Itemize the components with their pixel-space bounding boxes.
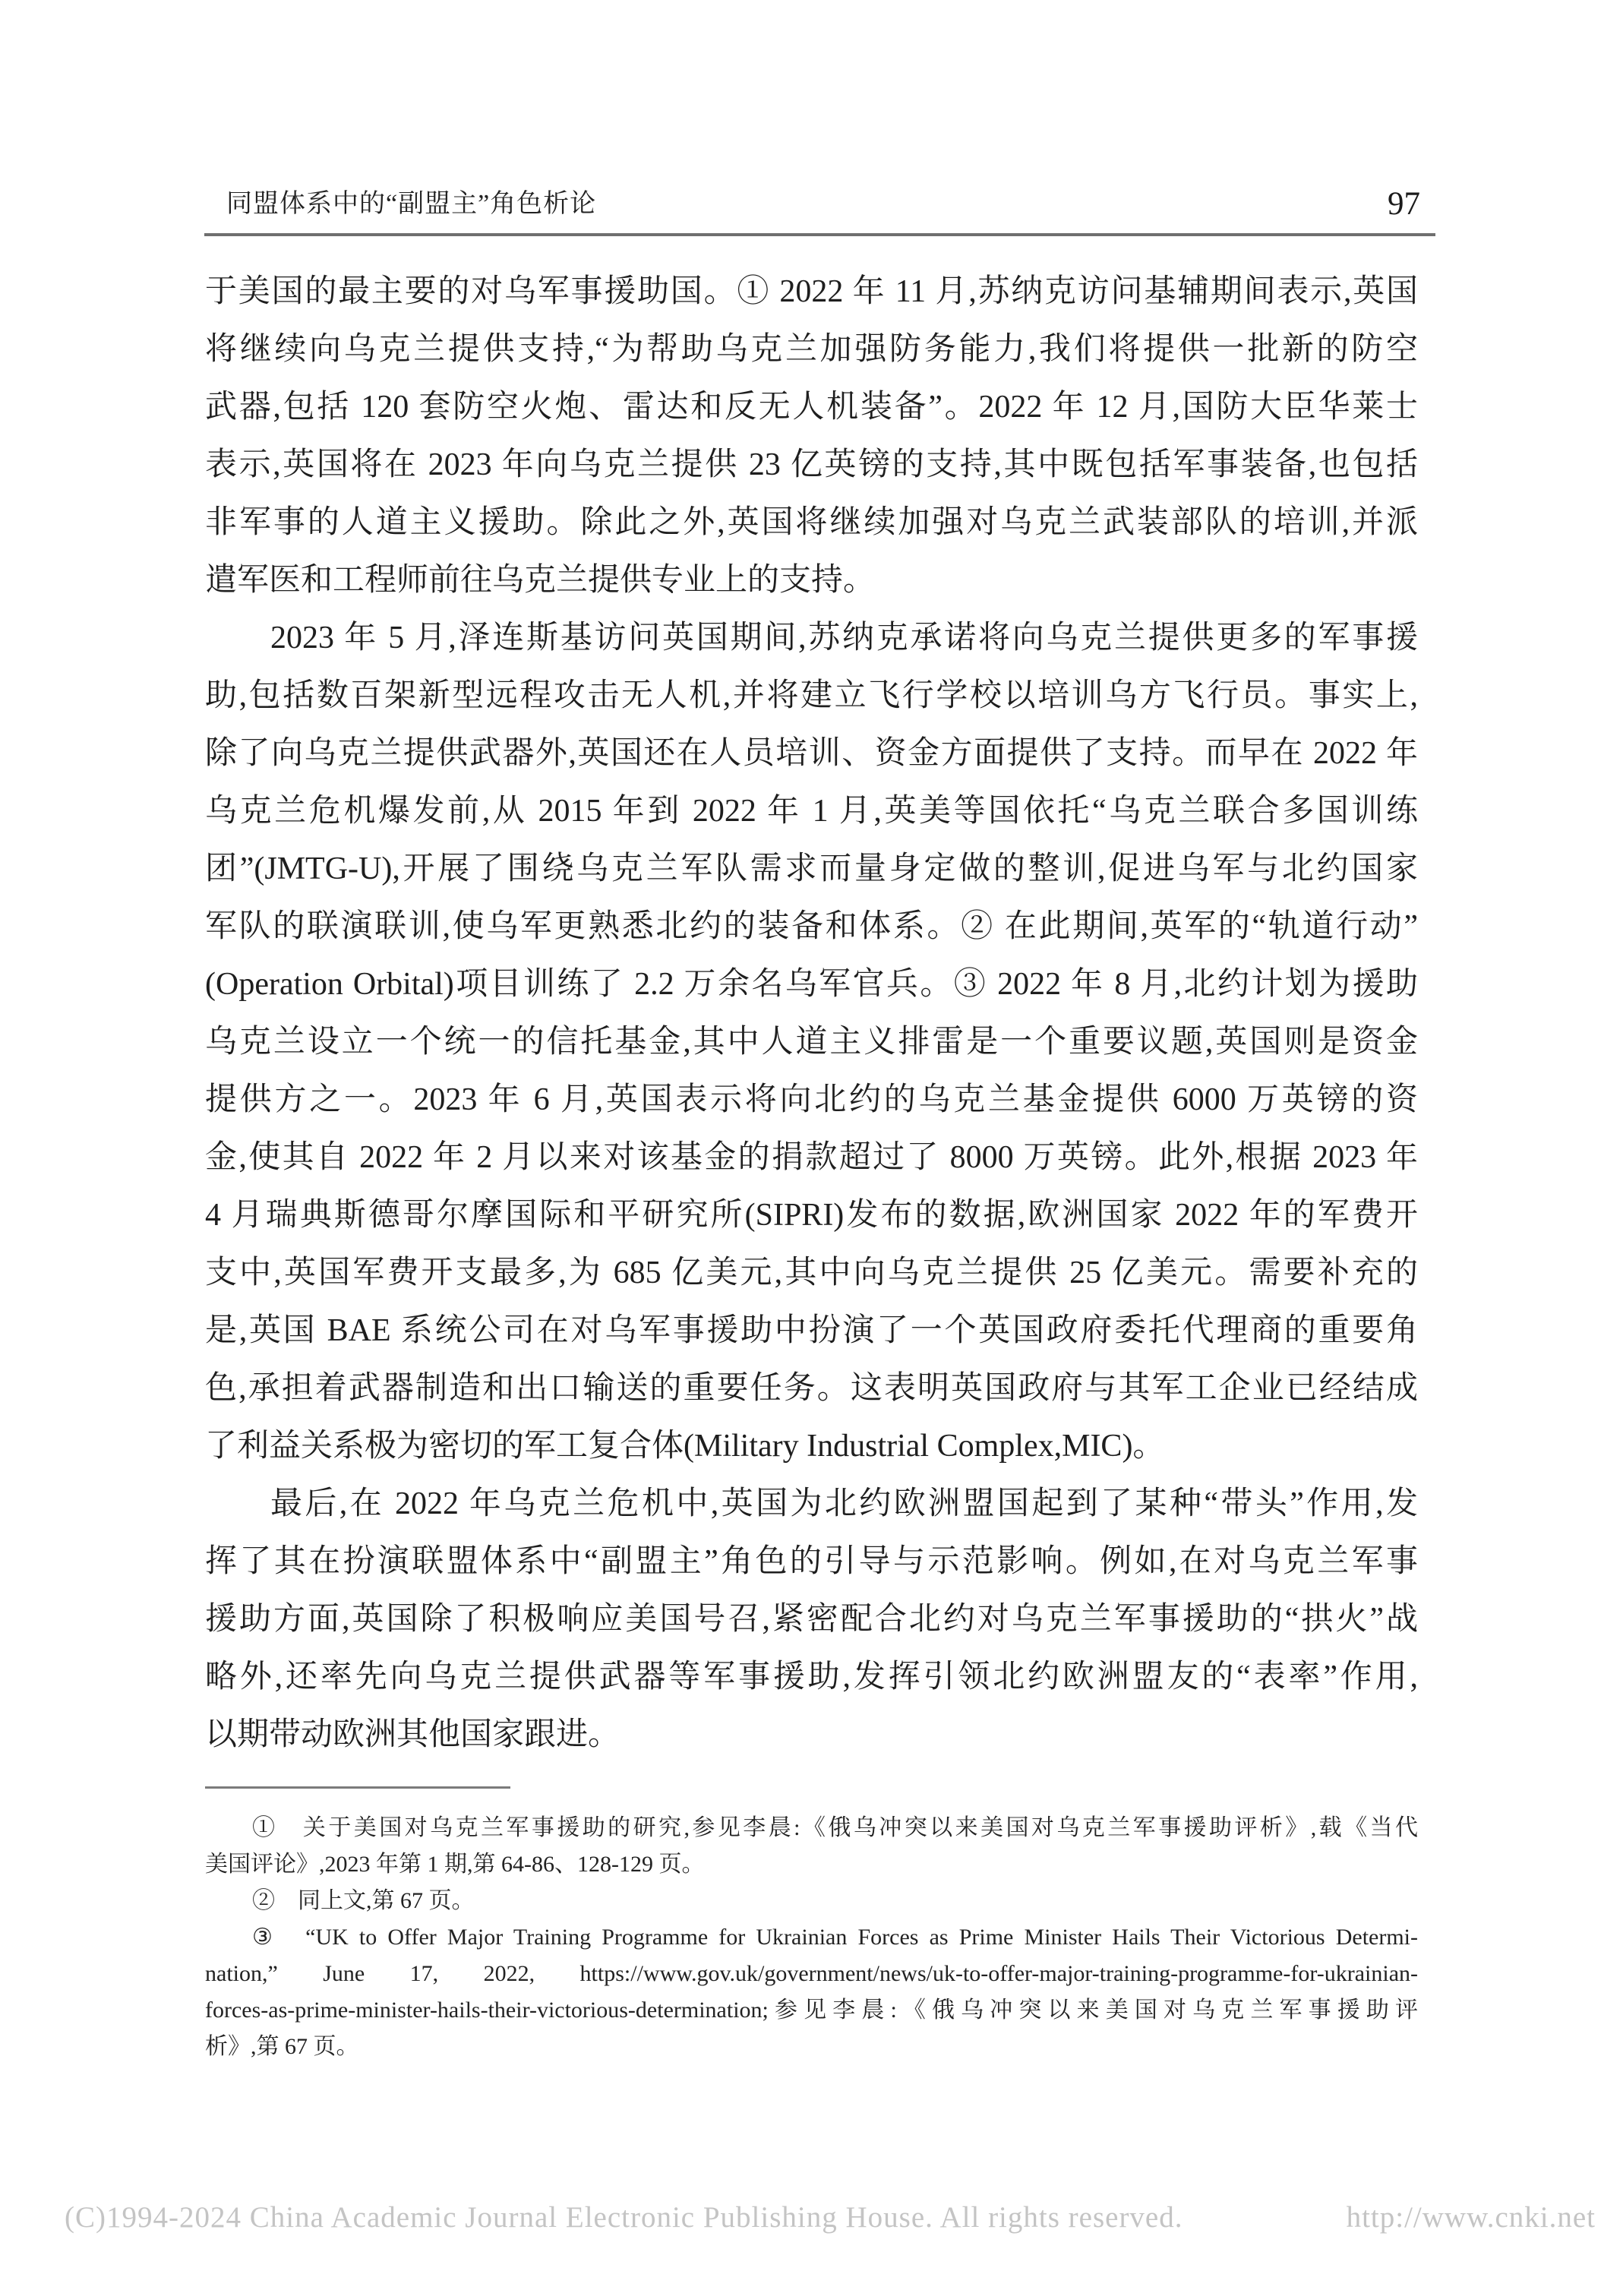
article-body: 于美国的最主要的对乌军事援助国。① 2022 年 11 月,苏纳克访问基辅期间表… — [205, 263, 1418, 1764]
page-number: 97 — [1388, 187, 1420, 222]
footnote-line: ① 关于美国对乌克兰军事援助的研究,参见李晨:《俄乌冲突以来美国对乌克兰军事援助… — [205, 1810, 1418, 1846]
running-title: 同盟体系中的“副盟主”角色析论 — [226, 187, 596, 222]
body-line: 金,使其自 2022 年 2 月以来对该基金的捐款超过了 8000 万英镑。此外… — [205, 1129, 1418, 1186]
page-footer: (C)1994-2024 China Academic Journal Elec… — [65, 2200, 1596, 2236]
body-line: 援助方面,英国除了积极响应美国号召,紧密配合北约对乌克兰军事援助的“拱火”战 — [205, 1590, 1418, 1648]
body-line: 色,承担着武器制造和出口输送的重要任务。这表明英国政府与其军工企业已经结成 — [205, 1360, 1418, 1417]
body-line: (Operation Orbital)项目训练了 2.2 万余名乌军官兵。③ 2… — [205, 955, 1418, 1013]
body-line: 了利益关系极为密切的军工复合体(Military Industrial Comp… — [205, 1417, 1418, 1475]
journal-page: 同盟体系中的“副盟主”角色析论 97 于美国的最主要的对乌军事援助国。① 202… — [0, 0, 1623, 2296]
paragraph-1: 于美国的最主要的对乌军事援助国。① 2022 年 11 月,苏纳克访问基辅期间表… — [205, 263, 1418, 609]
body-line: 于美国的最主要的对乌军事援助国。① 2022 年 11 月,苏纳克访问基辅期间表… — [205, 263, 1418, 321]
body-line: 除了向乌克兰提供武器外,英国还在人员培训、资金方面提供了支持。而早在 2022 … — [205, 725, 1418, 782]
paragraph-2: 2023 年 5 月,泽连斯基访问英国期间,苏纳克承诺将向乌克兰提供更多的军事援… — [205, 609, 1418, 1475]
body-line: 是,英国 BAE 系统公司在对乌军事援助中扮演了一个英国政府委托代理商的重要角 — [205, 1302, 1418, 1360]
body-line: 4 月瑞典斯德哥尔摩国际和平研究所(SIPRI)发布的数据,欧洲国家 2022 … — [205, 1186, 1418, 1244]
footer-url: http://www.cnki.net — [1347, 2200, 1596, 2236]
page-header: 同盟体系中的“副盟主”角色析论 97 — [205, 187, 1420, 222]
body-line: 军队的联演联训,使乌军更熟悉北约的装备和体系。② 在此期间,英军的“轨道行动” — [205, 898, 1418, 955]
body-line: 非军事的人道主义援助。除此之外,英国将继续加强对乌克兰武装部队的培训,并派 — [205, 494, 1418, 551]
body-line: 挥了其在扮演联盟体系中“副盟主”角色的引导与示范影响。例如,在对乌克兰军事 — [205, 1533, 1418, 1590]
body-line: 乌克兰设立一个统一的信托基金,其中人道主义排雷是一个重要议题,英国则是资金 — [205, 1013, 1418, 1071]
body-line: 表示,英国将在 2023 年向乌克兰提供 23 亿英镑的支持,其中既包括军事装备… — [205, 436, 1418, 494]
footnote-separator — [205, 1786, 510, 1789]
body-line: 将继续向乌克兰提供支持,“为帮助乌克兰加强防务能力,我们将提供一批新的防空 — [205, 321, 1418, 378]
body-line: 乌克兰危机爆发前,从 2015 年到 2022 年 1 月,英美等国依托“乌克兰… — [205, 782, 1418, 840]
body-line: 团”(JMTG-U),开展了围绕乌克兰军队需求而量身定做的整训,促进乌军与北约国… — [205, 840, 1418, 898]
body-line: 支中,英国军费开支最多,为 685 亿美元,其中向乌克兰提供 25 亿美元。需要… — [205, 1244, 1418, 1302]
body-line: 武器,包括 120 套防空火炮、雷达和反无人机装备”。2022 年 12 月,国… — [205, 378, 1418, 436]
footnote-line: ② 同上文,第 67 页。 — [205, 1883, 1418, 1919]
body-line: 提供方之一。2023 年 6 月,英国表示将向北约的乌克兰基金提供 6000 万… — [205, 1071, 1418, 1129]
body-line: 最后,在 2022 年乌克兰危机中,英国为北约欧洲盟国起到了某种“带头”作用,发 — [205, 1475, 1418, 1533]
footnote-line: ③ “UK to Offer Major Training Programme … — [205, 1919, 1418, 1956]
footnote-line: nation,” June 17, 2022, https://www.gov.… — [205, 1956, 1418, 1992]
body-line: 略外,还率先向乌克兰提供武器等军事援助,发挥引领北约欧洲盟友的“表率”作用, — [205, 1648, 1418, 1706]
footnote-line: forces-as-prime-minister-hails-their-vic… — [205, 1992, 1418, 2029]
body-line: 助,包括数百架新型远程攻击无人机,并将建立飞行学校以培训乌方飞行员。事实上, — [205, 667, 1418, 725]
body-line: 以期带动欧洲其他国家跟进。 — [205, 1706, 1418, 1764]
header-rule — [204, 233, 1435, 236]
body-line: 2023 年 5 月,泽连斯基访问英国期间,苏纳克承诺将向乌克兰提供更多的军事援 — [205, 609, 1418, 667]
footnote-line: 美国评论》,2023 年第 1 期,第 64-86、128-129 页。 — [205, 1846, 1418, 1883]
paragraph-3: 最后,在 2022 年乌克兰危机中,英国为北约欧洲盟国起到了某种“带头”作用,发… — [205, 1475, 1418, 1764]
footnote-line: 析》,第 67 页。 — [205, 2029, 1418, 2065]
body-line: 遣军医和工程师前往乌克兰提供专业上的支持。 — [205, 551, 1418, 609]
footnotes: ① 关于美国对乌克兰军事援助的研究,参见李晨:《俄乌冲突以来美国对乌克兰军事援助… — [205, 1810, 1418, 2065]
footer-copyright: (C)1994-2024 China Academic Journal Elec… — [65, 2200, 1183, 2236]
